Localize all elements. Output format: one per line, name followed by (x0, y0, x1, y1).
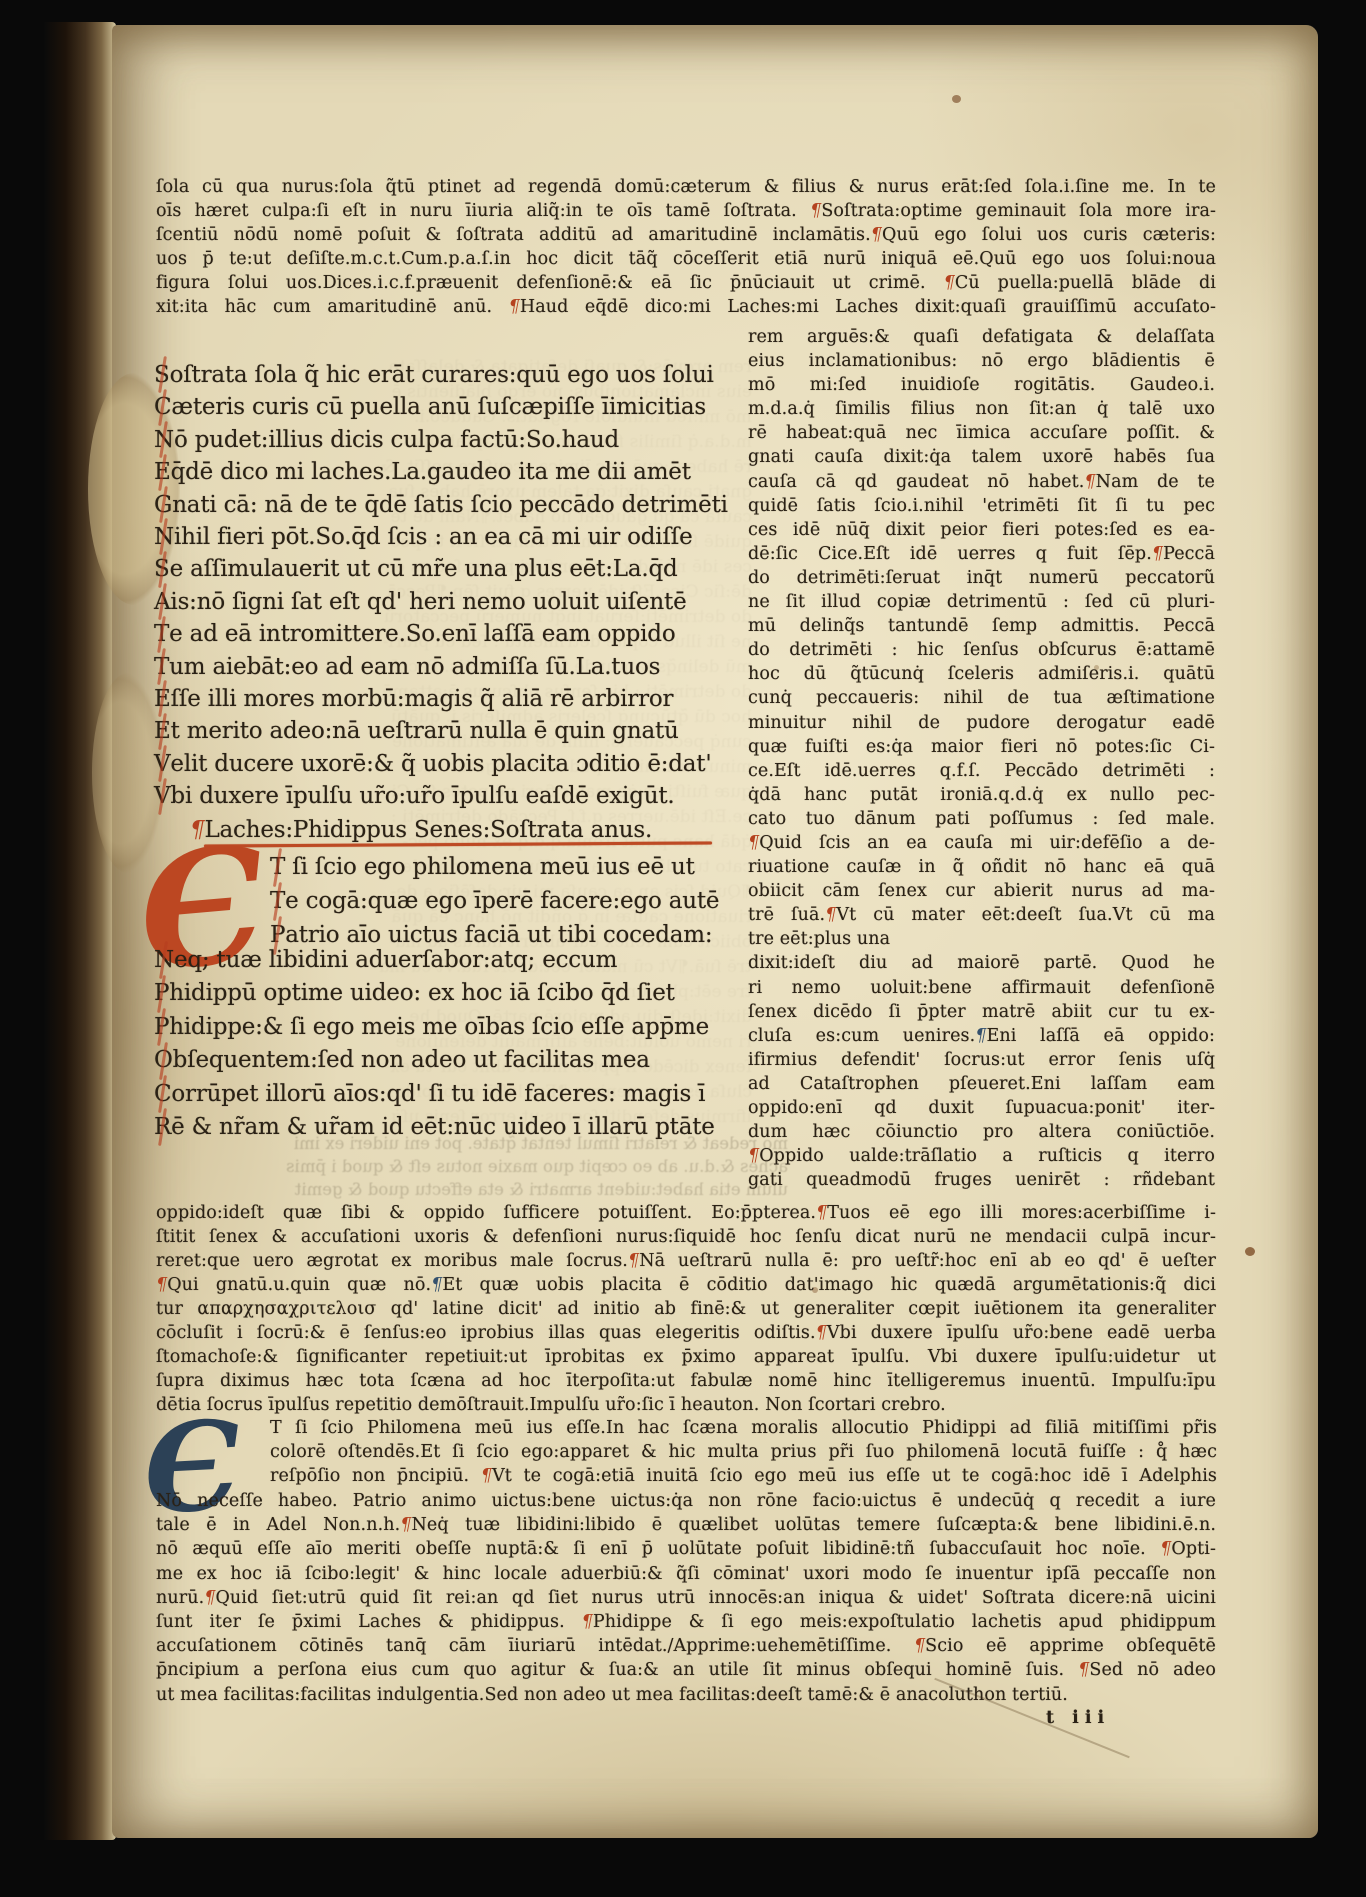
text-line: obiicit cām ſenex cur abierit nurus ad m… (748, 879, 1215, 903)
foxing-dot (952, 95, 961, 103)
text-line: Corrūpet illorū aīos:qd' ſi tu idē facer… (154, 1078, 736, 1111)
text-line: Phidippū optime uideo: ex hoc iā ſcibo q… (154, 977, 736, 1010)
text-line: figura ſolui uos.Dices.i.c.f.præuenit de… (156, 272, 1216, 296)
text-line: m.d.a.q̇ ſimilis filius non ſit:an q̇ ta… (748, 397, 1215, 421)
text-line: aches &.d.u. ab eo cœpit quo maxie notus… (148, 1155, 788, 1178)
text-line: quæ fuiſti es:q̇a maior fieri nō potes:ſ… (748, 735, 1215, 759)
text-line: cunq̇ peccaueris: nihil de tua æſtimatio… (748, 686, 1215, 710)
text-line: Vbi duxere īpulſu ur̃o:ur̃o īpulſu eaſdē… (154, 780, 736, 812)
book-spine-gutter (44, 22, 116, 1840)
pilcrow-red: ¶ (816, 1323, 827, 1343)
text-line: reret:que uero ægrotat ex moribus male ſ… (156, 1249, 1216, 1273)
bottom-commentary-block-2: Nō neceſſe habeo. Patrio animo uictus:be… (156, 1489, 1216, 1707)
text-line: ri nemo uoluit:bene affirmauit defenſion… (748, 976, 1215, 1000)
text-line: Nihil fieri pōt.So.q̄d ſcis : an ea cā m… (154, 521, 736, 553)
text-line: quidē ſatis ſcio.i.nihil 'etrimēti ſit ſ… (748, 494, 1215, 518)
text-line: minuitur nihil de pudore derogatur eadē (748, 711, 1215, 735)
bottom-commentary-block-1: oppido:ideſt quæ ſibi & oppido ſufficere… (156, 1201, 1216, 1417)
text-line: oīs hæret culpa:ſi eſt in nuru īiuria al… (156, 200, 1216, 224)
pilcrow-red: ¶ (748, 833, 759, 853)
text-line: tre eēt:plus una (748, 927, 1215, 951)
text-line: Phidippe:& ſi ego meis me oības ſcio eſſ… (154, 1011, 736, 1044)
text-line: Tum aiebāt:eo ad eam nō admiſſa ſū.La.tu… (154, 651, 736, 683)
text-line: tur απαρχησαχριτελοισ qd' latine dicit' … (156, 1297, 1216, 1321)
book-page: rem arguēs:& quaſi defatigata & delaſſat… (112, 25, 1318, 1838)
text-line: rē habeat:quā nec īimica accuſare poſſit… (748, 421, 1215, 445)
pilcrow-red: ¶ (628, 1251, 639, 1271)
text-line: tale ē in Adel Non.n.h.¶Neq̇ tuæ libidin… (156, 1513, 1216, 1537)
text-line: Et merito adeo:nā ueſtrarū nulla ē quin … (154, 715, 736, 747)
text-line: rem arguēs:& quaſi defatigata & delaſſat… (748, 325, 1215, 349)
pilcrow-red: ¶ (1152, 544, 1163, 564)
text-line: mū delinq̃s tantundē ſemp admittis. Pecc… (748, 614, 1215, 638)
text-line: uos p̄ te:ut deſiſte.m.c.t.Cum.p.a.ſ.in … (156, 248, 1216, 272)
text-line: accuſationem cōtinēs tanq̄ cām īiuriarū … (156, 1634, 1216, 1658)
text-line: hoc dū q̃tūcunq̇ ſceleris admiſeris.i. q… (748, 662, 1215, 686)
text-line: Nō pudet:illius dicis culpa factū:So.hau… (154, 424, 736, 456)
text-line: ſtomachoſe:& ſignificanter repetiuit:ut … (156, 1345, 1216, 1369)
text-line: ſtitit ſenex & accuſationi uxoris & defe… (156, 1225, 1216, 1249)
pilcrow-red: ¶ (944, 273, 955, 293)
text-line: Soſtrata ſola q̃ hic erāt curares:quū eg… (154, 359, 736, 391)
text-line: dum hæc cōiunctio pro altera coniūctiōe. (748, 1120, 1215, 1144)
pilcrow-red: ¶ (509, 297, 520, 317)
pilcrow-blue: ¶ (431, 1275, 442, 1295)
pilcrow-red: ¶ (481, 1466, 492, 1486)
text-line: cluſa es:cum uenires.¶Eni laſſā eā oppid… (748, 1024, 1215, 1048)
text-line: ſola cū qua nurus:ſola q̃tū ptinet ad re… (156, 176, 1216, 200)
text-line: Neq; tuæ libidini aduerſabor:atq; eccum (154, 944, 736, 977)
text-line: mō mi:ſed inuidioſe rogitātis. Gaudeo.i. (748, 373, 1215, 397)
top-commentary-block: ſola cū qua nurus:ſola q̃tū ptinet ad re… (156, 176, 1216, 319)
text-line: T ſi ſcio ego philomena meū ius eē ut (270, 851, 740, 885)
text-line: ſenex dicēdo ſi p̄pter matrē abiit cur t… (748, 1000, 1215, 1024)
foxing-dot (1245, 1247, 1255, 1256)
pilcrow-red: ¶ (1084, 472, 1095, 492)
pilcrow-red: ¶ (582, 1612, 593, 1632)
text-line: Velit ducere uxorē:& q̃ uobis placita ɔd… (154, 748, 736, 780)
pilcrow-red: ¶ (1078, 1660, 1089, 1680)
verse-column: Soſtrata ſola q̃ hic erāt curares:quū eg… (154, 359, 736, 813)
text-line: Eq̄dē dico mi laches.La.gaudeo ita me di… (154, 456, 736, 488)
book-photograph: { "meta": { "kind": "incunabulum-page-ph… (0, 0, 1366, 1897)
pilcrow-red: ¶ (1160, 1539, 1171, 1559)
text-line: dē:ſic Cice.Eſt idē uerres q fuit ſēp.¶P… (748, 542, 1215, 566)
text-line: cauſa cā qd gaudeat nō habet.¶Nam de te (748, 470, 1215, 494)
text-line: me ex hoc iā ſcibo:legit' & hinc locale … (156, 1562, 1216, 1586)
text-line: ¶Qui gnatū.u.quin quæ nō.¶Et quæ uobis p… (156, 1273, 1216, 1297)
text-line: ne ſit illud copiæ detrimentū : ſed cū p… (748, 590, 1215, 614)
scene-heading: ¶Laches:Phidippus Senes:Soſtrata anus. (190, 815, 730, 845)
pilcrow-red: ¶ (204, 1588, 215, 1608)
pilcrow-red: ¶ (871, 225, 882, 245)
text-line: ſcentiū nōdū nomē poſuit & ſoſtrata addi… (156, 224, 1216, 248)
text-line: q̇dā hanc putāt ironiā.q.d.q̇ ex nullo p… (748, 783, 1215, 807)
text-line: oppido:ideſt quæ ſibi & oppido ſufficere… (156, 1201, 1216, 1225)
text-line: oppido:enī qd duxit ſupuacua:ponit' iter… (748, 1096, 1215, 1120)
text-line: ut mea facilitas:facilitas indulgentia.S… (156, 1683, 1216, 1707)
text-line: dētia ſocrus īpulſus repetitio demōſtrau… (156, 1393, 1216, 1417)
text-line: Se aſſimulauerit ut cū mr̃e una plus eēt… (154, 553, 736, 585)
text-line: Gnati cā: nā de te q̄dē ſatis ſcio peccā… (154, 489, 736, 521)
pilcrow-red: ¶ (400, 1515, 411, 1535)
commentary-right-column: rem arguēs:& quaſi defatigata & delaſſat… (748, 325, 1215, 1192)
text-line: ſunt iter ſe p̄ximi Laches & phidippus. … (156, 1610, 1216, 1634)
text-line: trē ſuā.¶Vt cū mater eēt:deeſt ſua.Vt cū… (748, 903, 1215, 927)
text-line: ¶Quid ſcis an ea cauſa mi uir:defēſio a … (748, 831, 1215, 855)
pilcrow-red: ¶ (825, 905, 836, 925)
text-line: ulum etia habet:uident armatri & eta eff… (148, 1178, 788, 1201)
text-line: Ais:nō ſigni ſat eſt qd' heri nemo uolui… (154, 586, 736, 618)
text-line: nurū.¶Quid ſiet:utrū quid ſit rei:an qd … (156, 1586, 1216, 1610)
text-line: ce.Eſt idē.uerres q.f.ſ. Peccādo detrimē… (748, 759, 1215, 783)
text-line: Eſſe illi mores morbū:magis q̃ aliā rē a… (154, 683, 736, 715)
text-line: xit:ita hāc cum amaritudinē anū. ¶Haud e… (156, 296, 1216, 320)
text-line: Rē & nr̃am & ur̃am id eēt:nūc uideo ī il… (154, 1111, 736, 1144)
text-line: Te ad eā intromittere.So.enī laſſā eam o… (154, 618, 736, 650)
pilcrow-red: ¶ (156, 1275, 167, 1295)
text-line: do detrimēti:ſeruat inq̄t numerū peccato… (748, 566, 1215, 590)
text-line: riuatione cauſæ in q̃ oñdit nō hanc eā q… (748, 855, 1215, 879)
pilcrow-red: ¶ (748, 1146, 759, 1166)
text-line: ſupra diximus hæc tota ſcæna ad hoc īter… (156, 1369, 1216, 1393)
text-line: T ſi ſcio Philomena meū ius eſſe.In hac … (270, 1416, 1217, 1440)
pilcrow-red: ¶ (816, 1203, 827, 1223)
text-line: gati queadmodū fruges uenirēt : rñdebant (748, 1168, 1215, 1192)
text-line: cato tuo dānum pati poſſumus : ſed male. (748, 807, 1215, 831)
text-line: Nō neceſſe habeo. Patrio animo uictus:be… (156, 1489, 1216, 1513)
text-line: gnati cauſa dixit:q̇a talem uxorē habēs … (748, 445, 1215, 469)
text-line: do detrimēti : hic ſenſus obſcurus ē:att… (748, 638, 1215, 662)
text-line: ces idē nūq̄ dixit peior fieri potes:ſed… (748, 518, 1215, 542)
pilcrow-red: ¶ (190, 817, 204, 843)
text-line: Te cogā:quæ ego īperē facere:ego autē (270, 885, 740, 919)
pilcrow-red: ¶ (810, 201, 821, 221)
verse-column-continued: Neq; tuæ libidini aduerſabor:atq; eccumP… (154, 944, 736, 1144)
text-line: ad Cataſtrophen pſeueret.Eni laſſam eam (748, 1072, 1215, 1096)
pilcrow-blue: ¶ (975, 1026, 986, 1046)
text-line: eius inclamationibus: nō ergo blādientis… (748, 349, 1215, 373)
text-line: colorē oſtendēs.Et ſi ſcio ego:apparet &… (270, 1440, 1217, 1464)
bottom-commentary-block-2-indent: T ſi ſcio Philomena meū ius eſſe.In hac … (270, 1416, 1217, 1489)
text-line: nō æquū eſſe aīo meriti obeſſe nuptā:& ſ… (156, 1537, 1216, 1561)
text-line: reſpōſio non p̄ncipiū. ¶Vt te cogā:etiā … (270, 1464, 1217, 1488)
text-line: Obſequentem:ſed non adeo ut facilitas me… (154, 1044, 736, 1077)
text-line: p̄ncipium a perſona eius cum quo agitur … (156, 1658, 1216, 1682)
pilcrow-red: ¶ (914, 1636, 925, 1656)
text-line: ¶Oppido ualde:trāſlatio a ruſticis q ite… (748, 1144, 1215, 1168)
text-line: cōcluſit i ſocrū:& ē ſenſus:eo iprobius … (156, 1321, 1216, 1345)
text-line: Cæteris curis cū puella anū ſuſcæpiſſe ī… (154, 391, 736, 423)
text-line: ifirmius defendit' ſocrus:ut error ſenis… (748, 1048, 1215, 1072)
verse-initial-lines: T ſi ſcio ego philomena meū ius eē utTe … (270, 851, 740, 952)
text-line: dixit:ideſt diu ad maiorē partē. Quod he (748, 951, 1215, 975)
